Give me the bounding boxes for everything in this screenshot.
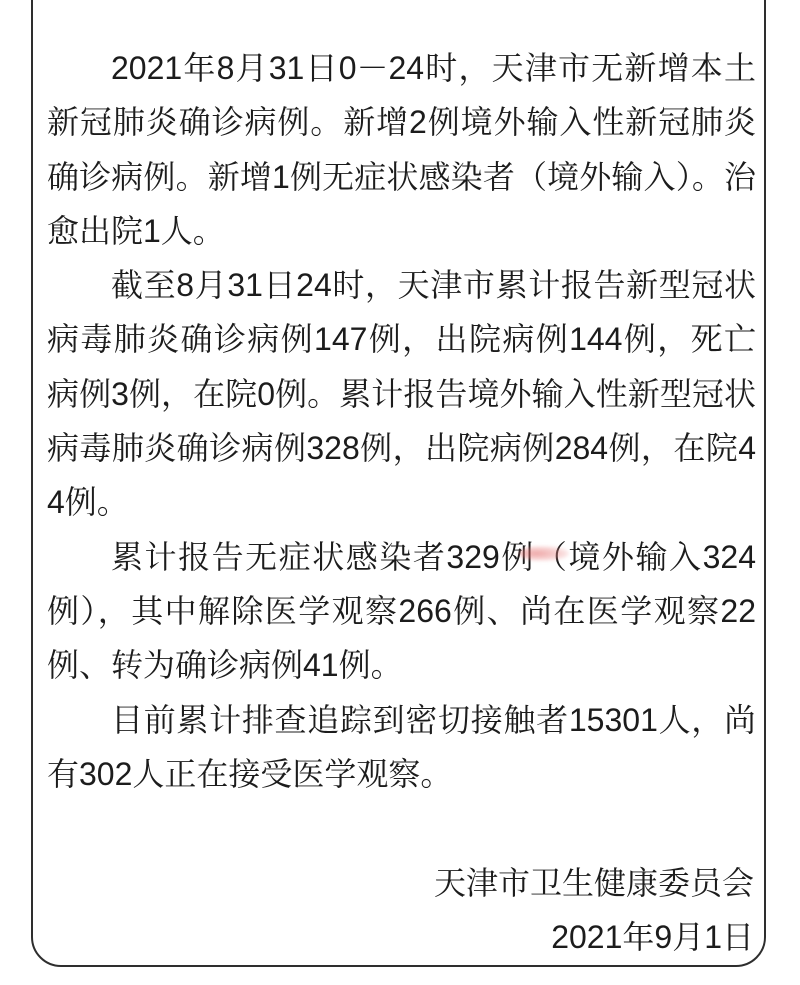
signature-block: 天津市卫生健康委员会 2021年9月1日: [47, 856, 756, 965]
paragraph-asymptomatic-cases: 累计报告无症状感染者329例（境外输入324例），其中解除医学观察266例、尚在…: [47, 530, 756, 693]
signature-date: 2021年9月1日: [47, 910, 754, 964]
paragraph-cumulative-confirmed-cases: 截至8月31日24时，天津市累计报告新型冠状病毒肺炎确诊病例147例，出院病例1…: [47, 258, 756, 529]
signature-issuer: 天津市卫生健康委员会: [47, 856, 754, 910]
announcement-body: 2021年8月31日0－24时，天津市无新增本土新冠肺炎确诊病例。新增2例境外输…: [47, 41, 756, 965]
paragraph-daily-new-cases: 2021年8月31日0－24时，天津市无新增本土新冠肺炎确诊病例。新增2例境外输…: [47, 41, 756, 258]
paragraph-close-contacts: 目前累计排查追踪到密切接触者15301人，尚有302人正在接受医学观察。: [47, 693, 756, 802]
